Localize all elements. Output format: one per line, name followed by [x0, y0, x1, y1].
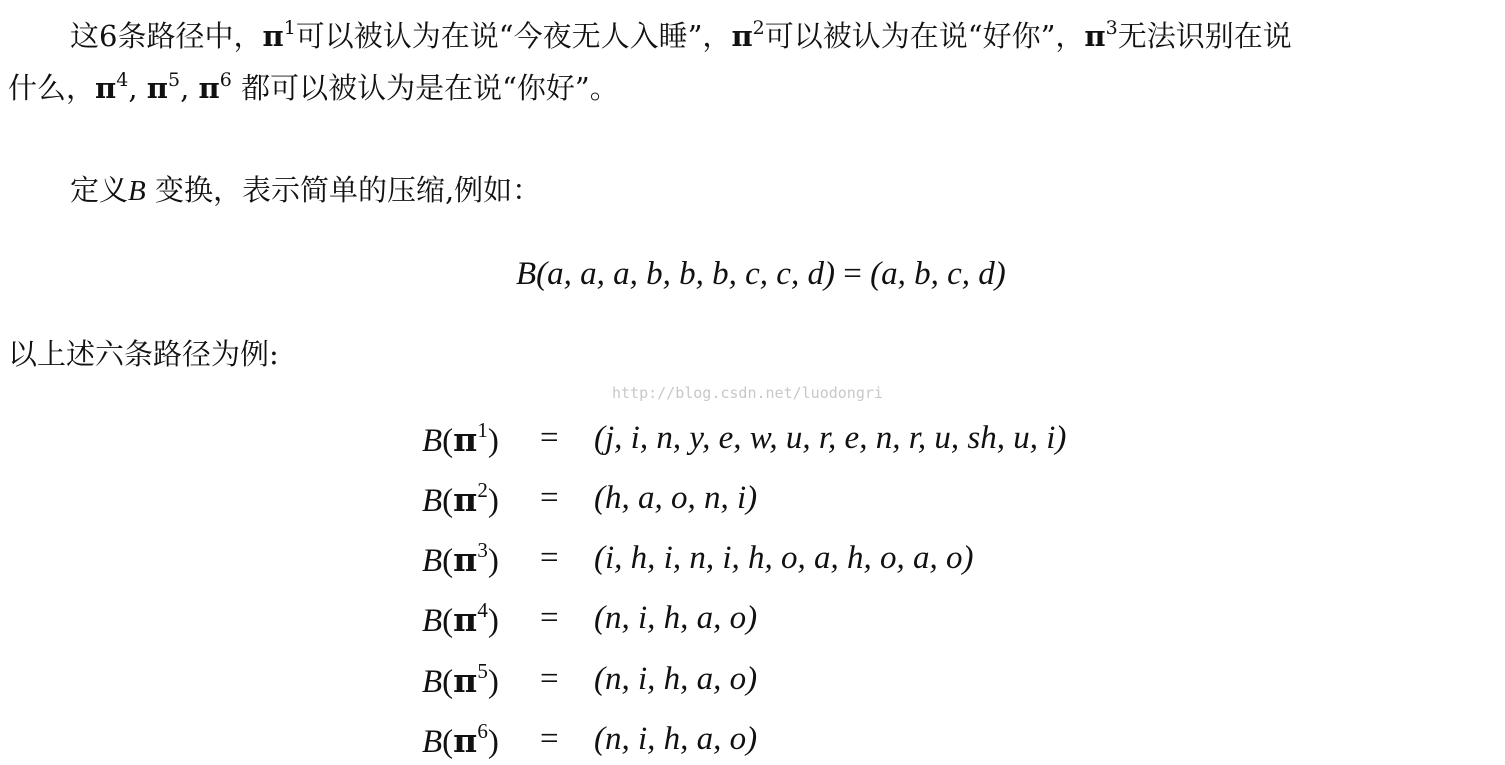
equals-sign: =: [540, 540, 559, 577]
text: 变换，表示简单的压缩,例如：: [146, 173, 541, 207]
equals-sign: =: [540, 721, 559, 758]
paragraph-1-line-2: 什么，π4, π5, π6 都可以被认为是在说“你好”。: [8, 74, 619, 103]
equation-result: (n, i, h, a, o): [594, 721, 757, 758]
text: 可以被认为在说“今夜无人入睡”，: [296, 19, 732, 53]
pi-symbol: π: [453, 540, 477, 579]
text: 什么，: [8, 71, 95, 105]
superscript: 3: [1106, 17, 1118, 39]
equation-result: (n, i, h, a, o): [594, 600, 757, 637]
superscript: 2: [753, 17, 765, 39]
function-b: B: [422, 423, 442, 459]
equation-output: (a, b, c, d): [870, 256, 1006, 292]
superscript: 2: [477, 478, 488, 502]
pi-symbol: π: [147, 71, 168, 105]
equals-sign: =: [540, 420, 559, 457]
pi-symbol: π: [731, 19, 752, 53]
pi-symbol: π: [453, 600, 477, 639]
equation-lhs: B(π2): [422, 480, 499, 520]
text: 都可以被认为是在说“你好”。: [232, 71, 619, 105]
equals-sign: =: [540, 661, 559, 698]
pi-symbol: π: [262, 19, 283, 53]
pi-symbol: π: [199, 71, 220, 105]
pi-symbol: π: [95, 71, 116, 105]
equation-lhs: B(π4): [422, 600, 499, 640]
equation-result: (j, i, n, y, e, w, u, r, e, n, r, u, sh,…: [594, 420, 1066, 457]
pi-symbol: π: [453, 420, 477, 459]
text: 可以被认为在说“好你”，: [765, 19, 1085, 53]
superscript: 4: [477, 598, 488, 622]
equation-result: (h, a, o, n, i): [594, 480, 757, 517]
equals-sign: =: [540, 600, 559, 637]
paragraph-1-line-1: 这6条路径中，π1可以被认为在说“今夜无人入睡”，π2可以被认为在说“好你”，π…: [70, 22, 1292, 51]
function-b: B: [516, 256, 536, 292]
superscript: 1: [284, 17, 296, 39]
pi-symbol: π: [1084, 19, 1105, 53]
equation-lhs: B(π5): [422, 661, 499, 701]
superscript: 3: [477, 538, 488, 562]
equation-result: (n, i, h, a, o): [594, 661, 757, 698]
pi-symbol: π: [453, 480, 477, 519]
superscript: 4: [116, 69, 128, 91]
equation-lhs: B(π3): [422, 540, 499, 580]
variable-b: B: [128, 175, 146, 207]
superscript: 5: [168, 69, 180, 91]
function-b: B: [422, 724, 442, 760]
function-b: B: [422, 543, 442, 579]
superscript: 5: [477, 659, 488, 683]
pi-symbol: π: [453, 661, 477, 700]
superscript: 6: [477, 719, 488, 743]
example-equation: B(a, a, a, b, b, b, c, c, d) = (a, b, c,…: [516, 258, 1006, 291]
paragraph-3: 以上述六条路径为例:: [8, 340, 279, 369]
paragraph-2: 定义B 变换，表示简单的压缩,例如：: [70, 176, 541, 206]
equation-lhs: B(π6): [422, 721, 499, 761]
equation-lhs: B(π1): [422, 420, 499, 460]
text: 定义: [70, 173, 128, 207]
superscript: 1: [477, 418, 488, 442]
function-b: B: [422, 483, 442, 519]
watermark: http://blog.csdn.net/luodongri: [612, 384, 883, 402]
equals-sign: =: [540, 480, 559, 517]
text: 以上述六条路径为例:: [8, 337, 279, 371]
equation-result: (i, h, i, n, i, h, o, a, h, o, a, o): [594, 540, 973, 577]
equals-sign: =: [843, 256, 862, 292]
text: 无法识别在说: [1118, 19, 1292, 53]
text: 这6条路径中，: [70, 19, 262, 53]
function-b: B: [422, 664, 442, 700]
pi-symbol: π: [453, 721, 477, 760]
equation-input: (a, a, a, b, b, b, c, c, d): [536, 256, 835, 292]
superscript: 6: [220, 69, 232, 91]
function-b: B: [422, 603, 442, 639]
